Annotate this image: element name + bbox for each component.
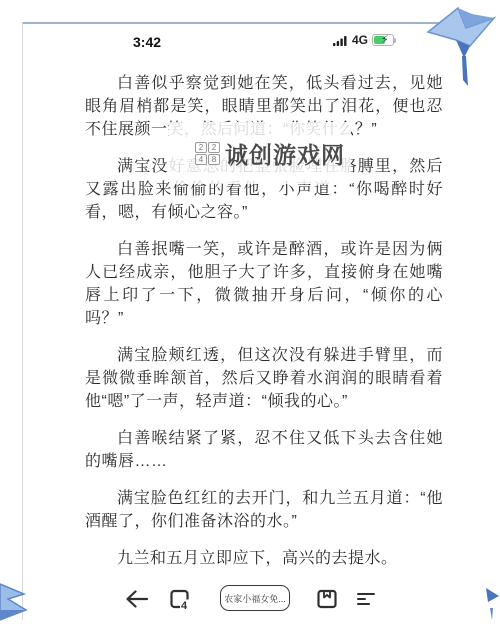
menu-lines-icon [355,590,377,608]
clock-time: 3:42 [133,34,161,50]
novel-paragraph: 白善喉结紧了紧，忍不住又低下头去含住她的嘴唇…… [85,427,443,473]
battery-nub [394,38,396,43]
menu-button[interactable] [353,582,379,616]
battery-charging-icon: ⚡︎ [372,34,394,46]
lightning-bolt-icon: ⚡︎ [381,34,389,46]
network-type-label: 4G [352,33,368,47]
watermark-digit: 2 [195,142,207,153]
watermark-digit: 2 [208,142,220,153]
tab-count-label: 4 [181,600,188,611]
paper-plane-decoration-bottom-right [484,586,500,622]
back-arrow-icon [124,588,150,610]
novel-paragraph: 满宝脸色红红的去开门，和九兰五月道：“他酒醒了，你们准备沐浴的水。” [85,487,443,533]
watermark-digit-boxes: 2 2 4 8 [195,142,220,165]
back-button[interactable] [122,582,152,616]
browser-toolbar: 4 农家小福女免... [23,582,479,616]
site-watermark: 2 2 4 8 诚创游戏网 [169,122,351,184]
watermark-digit: 8 [208,154,220,165]
signal-bars-icon [333,35,348,46]
novel-paragraph: 白善抿嘴一笑，或许是醉酒，或许是因为俩人已经成亲，他胆子大了许多，直接俯身在她嘴… [85,238,443,330]
novel-paragraph: 九兰和五月立即应下，高兴的去提水。 [85,547,443,570]
book-icon [315,587,339,611]
watermark-site-name: 诚创游戏网 [225,137,345,170]
status-bar: 3:42 4G ⚡︎ [23,32,478,54]
screenshot-root: { "status_bar": { "time": "3:42", "netwo… [0,0,500,633]
tab-count-icon: 4 [168,587,192,611]
current-tab-pill[interactable]: 农家小福女免... [220,585,290,611]
status-indicators: 4G ⚡︎ [333,33,394,47]
tab-switcher-button[interactable]: 4 [166,582,194,616]
watermark-digit: 4 [195,154,207,165]
novel-mode-button[interactable] [313,582,341,616]
page-card: 3:42 4G ⚡︎ 白善似乎察觉到她在笑，低头看过去，见她眼角眉梢都是笑，眼睛… [22,22,478,620]
novel-paragraph: 满宝脸颊红透，但这次没有躲进手臂里，而是微微垂眸颔首，然后又睁着水润润的眼睛看着… [85,344,443,413]
